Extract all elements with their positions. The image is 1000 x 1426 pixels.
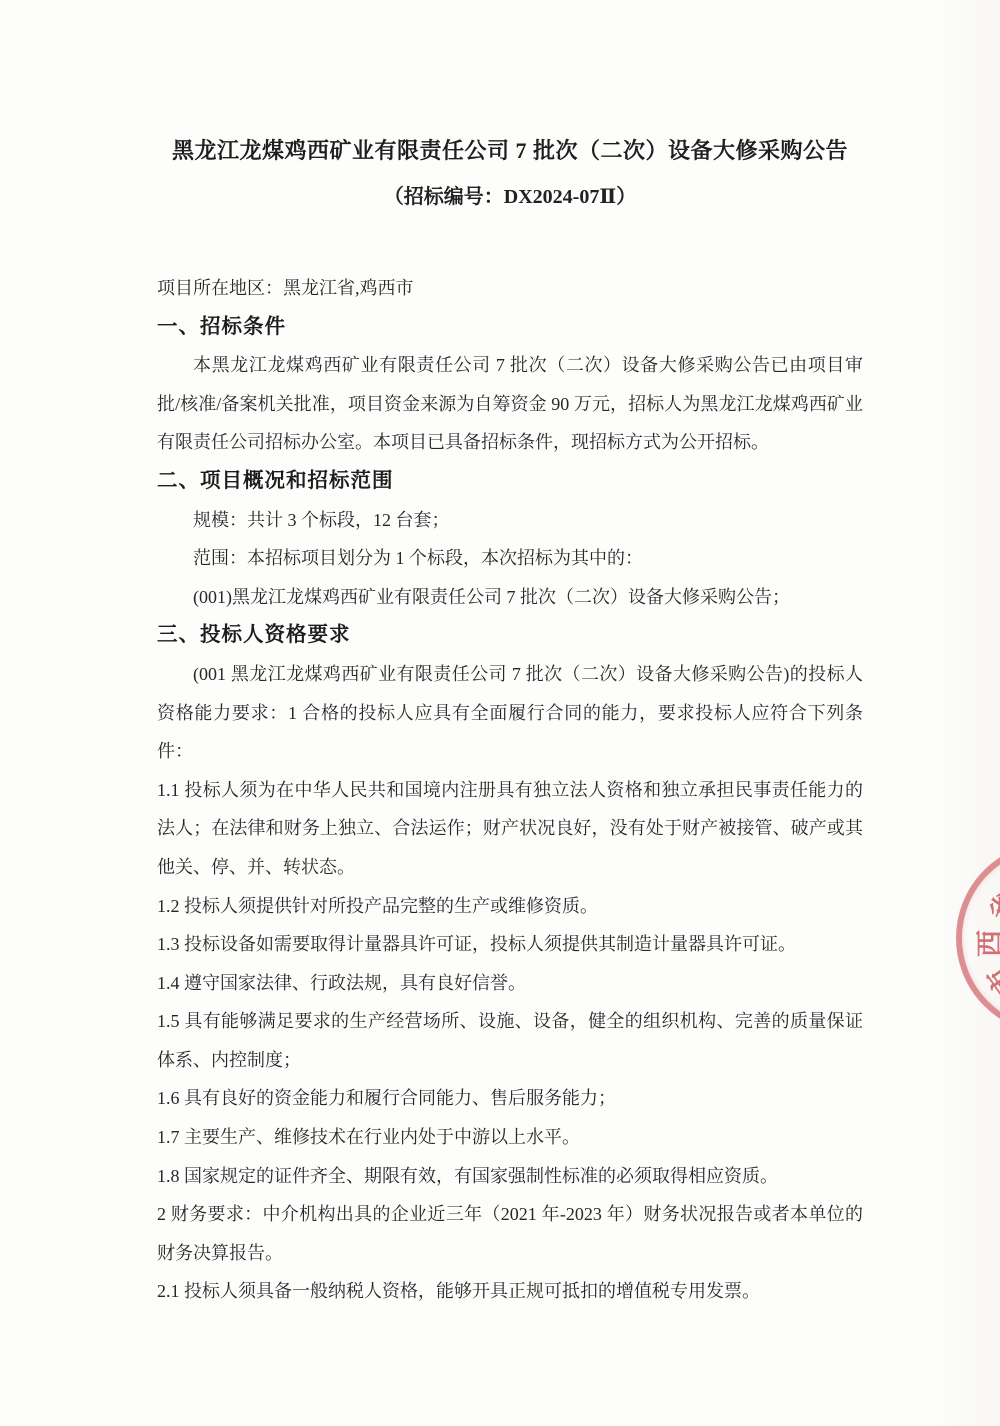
paragraph-item-1-7: 1.7 主要生产、维修技术在行业内处于中游以上水平。	[157, 1118, 863, 1157]
paragraph-item-1-3: 1.3 投标设备如需要取得计量器具许可证，投标人须提供其制造计量器具许可证。	[157, 925, 863, 964]
paragraph-item-1-2: 1.2 投标人须提供针对所投产品完整的生产或维修资质。	[157, 887, 863, 926]
section-heading-bidding-conditions: 一、招标条件	[157, 308, 863, 347]
paragraph-item-1-1: 1.1 投标人须为在中华人民共和国境内注册具有独立法人资格和独立承担民事责任能力…	[157, 771, 863, 887]
section-heading-bidder-qualifications: 三、投标人资格要求	[157, 616, 863, 655]
document-title: 黑龙江龙煤鸡西矿业有限责任公司 7 批次（二次）设备大修采购公告	[157, 136, 863, 166]
official-seal: 省 西 市	[956, 842, 1000, 1034]
paragraph-lot-001: (001)黑龙江龙煤鸡西矿业有限责任公司 7 批次（二次）设备大修采购公告；	[157, 578, 863, 617]
paragraph-scale: 规模：共计 3 个标段，12 台套；	[157, 501, 863, 540]
tender-number: （招标编号：DX2024-07Ⅱ）	[157, 183, 863, 211]
seal-character: 西	[968, 930, 1000, 957]
paragraph-item-2-1: 2.1 投标人须具备一般纳税人资格，能够开具正规可抵扣的增值税专用发票。	[157, 1272, 863, 1311]
paragraph-qualification-intro: (001 黑龙江龙煤鸡西矿业有限责任公司 7 批次（二次）设备大修采购公告)的投…	[157, 655, 863, 771]
paragraph-scope: 范围：本招标项目划分为 1 个标段，本次招标为其中的：	[157, 539, 863, 578]
paragraph-item-1-8: 1.8 国家规定的证件齐全、期限有效，有国家强制性标准的必须取得相应资质。	[157, 1157, 863, 1196]
paragraph-item-1-4: 1.4 遵守国家法律、行政法规，具有良好信誉。	[157, 964, 863, 1003]
paragraph-item-2: 2 财务要求：中介机构出具的企业近三年（2021 年-2023 年）财务状况报告…	[157, 1195, 863, 1272]
document-page: { "doc": { "title": "黑龙江龙煤鸡西矿业有限责任公司 7 批…	[0, 0, 1000, 1426]
paragraph: 本黑龙江龙煤鸡西矿业有限责任公司 7 批次（二次）设备大修采购公告已由项目审批/…	[157, 346, 863, 462]
paragraph-item-1-5: 1.5 具有能够满足要求的生产经营场所、设施、设备，健全的组织机构、完善的质量保…	[157, 1002, 863, 1079]
document-body: 黑龙江龙煤鸡西矿业有限责任公司 7 批次（二次）设备大修采购公告 （招标编号：D…	[157, 0, 863, 1311]
project-location-line: 项目所在地区：黑龙江省,鸡西市	[157, 269, 863, 308]
section-heading-project-overview: 二、项目概况和招标范围	[157, 462, 863, 501]
paragraph-item-1-6: 1.6 具有良好的资金能力和履行合同能力、售后服务能力；	[157, 1079, 863, 1118]
